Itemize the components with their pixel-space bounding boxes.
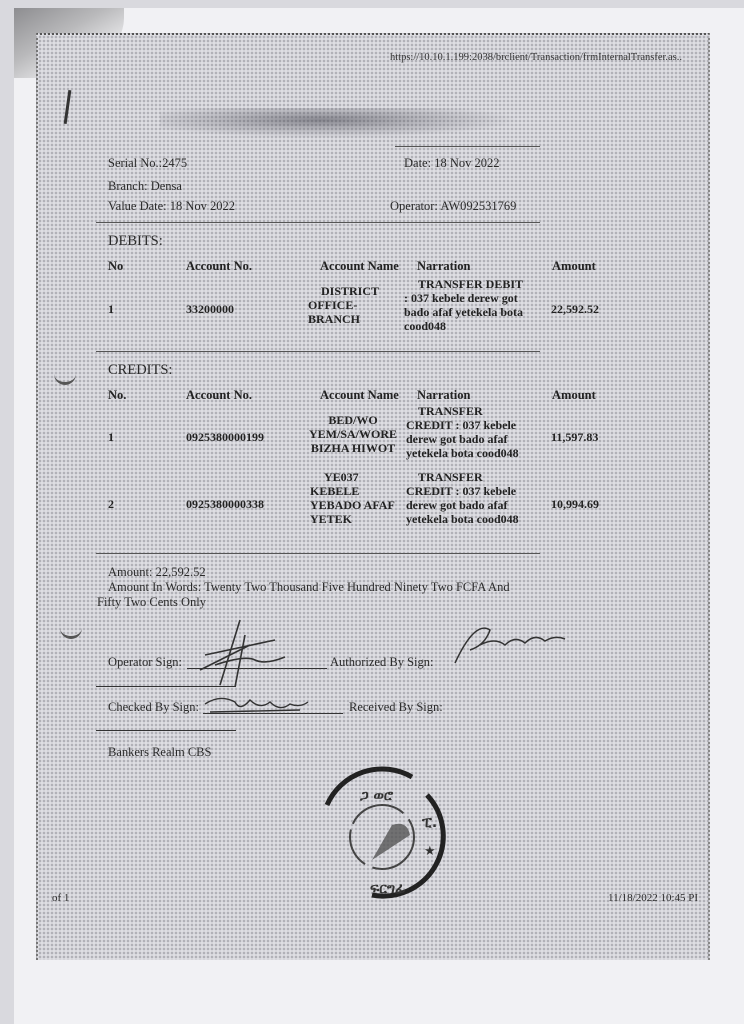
value-date: Value Date: 18 Nov 2022 (108, 199, 235, 214)
operator-id: Operator: AW092531769 (390, 199, 516, 214)
divider (96, 553, 540, 554)
account-name-line: YEBADO AFAF (310, 498, 410, 512)
credit-no: 1 (108, 430, 114, 444)
checked-signature (200, 692, 310, 718)
credits-col-narration: Narration (417, 388, 470, 403)
narration-line: bado afaf yetekela bota (404, 305, 544, 319)
divider (96, 222, 540, 223)
amount-in-words-line1: Amount In Words: Twenty Two Thousand Fiv… (108, 580, 510, 595)
account-name-line: BRANCH (300, 312, 400, 326)
account-name-line: DISTRICT (300, 284, 400, 298)
narration-line: TRANSFER (406, 470, 546, 484)
credits-col-account-name: Account Name (320, 388, 399, 403)
credit-narration: TRANSFER CREDIT : 037 kebele derew got b… (406, 470, 546, 526)
narration-line: : 037 kebele derew got (404, 291, 544, 305)
operator-sign-label: Operator Sign: (108, 655, 182, 670)
authorized-sign-label: Authorized By Sign: (330, 655, 433, 670)
narration-line: TRANSFER (406, 404, 546, 418)
debits-title: DEBITS: (108, 233, 163, 250)
amount-in-words-line2: Fifty Two Cents Only (97, 595, 206, 610)
credits-col-amount: Amount (552, 388, 596, 403)
account-name-line: OFFICE- (300, 298, 400, 312)
credit-account-no: 0925380000199 (186, 430, 264, 444)
debit-account-name: DISTRICT OFFICE- BRANCH (300, 284, 400, 326)
debits-col-amount: Amount (552, 259, 596, 274)
credit-account-name: YE037 KEBELE YEBADO AFAF YETEK (310, 470, 410, 526)
credits-col-no: No. (108, 388, 126, 403)
divider (96, 686, 236, 687)
narration-line: TRANSFER DEBIT (404, 277, 544, 291)
debits-col-narration: Narration (417, 259, 470, 274)
credit-no: 2 (108, 497, 114, 511)
account-name-line: YEM/SA/WORE (300, 427, 406, 441)
credit-account-name: BED/WO YEM/SA/WORE BIZHA HIWOT (300, 413, 406, 455)
illegible-header (160, 108, 520, 138)
total-amount: Amount: 22,592.52 (108, 565, 206, 580)
credits-col-account-no: Account No. (186, 388, 252, 403)
account-name-line: BED/WO (300, 413, 406, 427)
narration-line: CREDIT : 037 kebele (406, 484, 546, 498)
operator-signature (185, 615, 295, 690)
svg-text:ፍርግፊ: ፍርግፊ (370, 881, 406, 897)
debit-account-no: 33200000 (186, 302, 234, 316)
account-name-line: KEBELE (310, 484, 410, 498)
narration-line: yetekela bota cood048 (406, 512, 546, 526)
voucher-date: Date: 18 Nov 2022 (404, 156, 499, 171)
svg-text:★: ★ (424, 844, 436, 859)
account-name-line: YE037 (310, 470, 410, 484)
print-timestamp: 11/18/2022 10:45 PI (608, 892, 698, 904)
credit-account-no: 0925380000338 (186, 497, 264, 511)
divider (96, 730, 236, 731)
narration-line: yetekela bota cood048 (406, 446, 546, 460)
header-underline (395, 146, 540, 147)
svg-text:ፒ.: ፒ. (421, 815, 437, 831)
debits-col-account-name: Account Name (320, 259, 399, 274)
credit-amount: 10,994.69 (551, 497, 599, 511)
page-count: of 1 (52, 892, 69, 904)
branch: Branch: Densa (108, 179, 182, 194)
credit-amount: 11,597.83 (551, 430, 598, 444)
system-name: Bankers Realm CBS (108, 745, 211, 760)
narration-line: CREDIT : 037 kebele (406, 418, 546, 432)
account-name-line: BIZHA HIWOT (300, 441, 406, 455)
debit-amount: 22,592.52 (551, 302, 599, 316)
debits-col-account-no: Account No. (186, 259, 252, 274)
authorized-signature (450, 615, 570, 670)
svg-text:ጋ ወሮ: ጋ ወሮ (359, 788, 394, 804)
narration-line: cood048 (404, 319, 544, 333)
debits-col-no: No (108, 259, 123, 274)
debit-narration: TRANSFER DEBIT : 037 kebele derew got ba… (404, 277, 544, 333)
page-url: https://10.10.1.199:2038/brclient/Transa… (390, 52, 682, 63)
checked-sign-label: Checked By Sign: (108, 700, 199, 715)
received-sign-label: Received By Sign: (349, 700, 443, 715)
official-stamp: ጋ ወሮ ፒ. ★ ፍርግፊ (312, 765, 452, 905)
divider (96, 351, 540, 352)
narration-line: derew got bado afaf (406, 432, 546, 446)
serial-no: Serial No.:2475 (108, 156, 187, 171)
account-name-line: YETEK (310, 512, 410, 526)
debit-no: 1 (108, 302, 114, 316)
narration-line: derew got bado afaf (406, 498, 546, 512)
credit-narration: TRANSFER CREDIT : 037 kebele derew got b… (406, 404, 546, 460)
credits-title: CREDITS: (108, 362, 172, 379)
